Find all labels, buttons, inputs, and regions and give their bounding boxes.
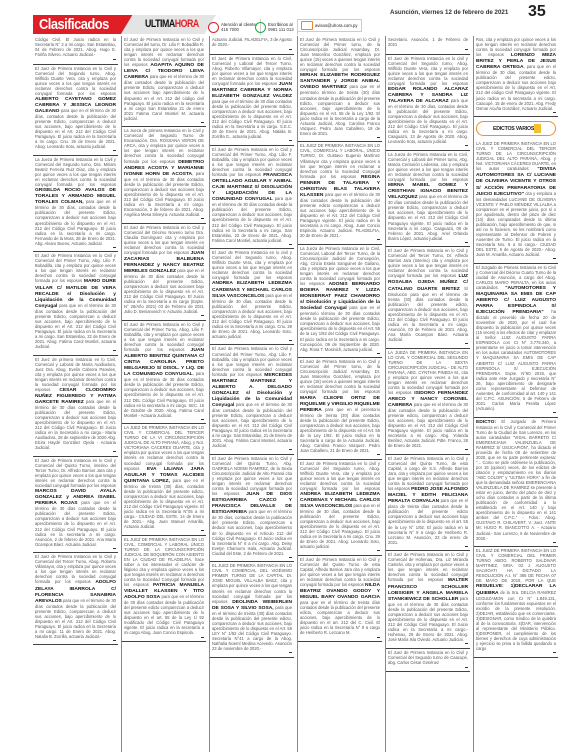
phone-icon	[208, 22, 219, 33]
notice-text: El Juez de Primera Instancia en lo civil…	[212, 250, 292, 280]
legal-notice: El Juez de Primera Instancia en lo Civil…	[210, 55, 294, 146]
legal-notice: LA JUEZ DE PRIMERA INSTANCIA EN LO CIVIL…	[474, 140, 558, 264]
legal-notice: La Jueza de Primera Instancia en lo Civi…	[33, 156, 118, 252]
notice-code-mark: ▬	[476, 257, 556, 261]
legal-notice: El Juez de Primera Instancia en lo Civil…	[298, 358, 382, 459]
notice-text: para que en el término de 30 días contad…	[124, 268, 204, 314]
notice-code-mark: ▬	[35, 58, 116, 62]
legal-notice: El Juez de Primera Instancia en lo Civil…	[386, 551, 470, 648]
notice-text: Código Civil. El Juicio radica en la Sec…	[35, 37, 116, 57]
legal-notice: El Juez de Primera Instancia en lo Civil…	[210, 345, 294, 454]
notice-text: EL JUEZ DE PRIMERA INSTANCIA EN LO CIVIL…	[300, 143, 380, 178]
contact-whatsapp: Escríbinos al 0981 111 013	[255, 19, 298, 35]
contact-value: 415 7000	[221, 27, 257, 32]
notice-text: La Jueza de Primera Instancia en lo Civi…	[35, 157, 116, 187]
notice-code-mark: ▬	[476, 111, 556, 115]
notice-code-mark: ▬	[124, 314, 204, 318]
notice-text: para que en el término de 30 días contad…	[35, 500, 116, 546]
page-number: 35	[528, 3, 546, 21]
notice-text: El Juez de Primera Instancia en lo Civil…	[388, 650, 468, 665]
notice-text: El Juez de Primera Instancia en lo civil…	[388, 56, 468, 86]
legal-notice: El Juzgado de Primera Instancia en lo Ci…	[474, 264, 558, 418]
notice-text: para que en el término de 30 días contad…	[35, 399, 116, 450]
notice-text: para que en el término de 30 días contad…	[124, 74, 204, 120]
notice-text: , para que en el término de 30 días cont…	[124, 371, 204, 417]
notice-text: para que en el término de 30 días contad…	[388, 402, 468, 448]
notice-code-mark: ▬	[388, 448, 468, 452]
notice-text: El Juez de primera Instancia en lo Civil…	[35, 357, 116, 392]
notice-code-mark: ▬	[388, 545, 468, 549]
notice-text: LA JUEZ DE PRIMERA INSTANCIA EN LO CIVIL…	[124, 425, 204, 470]
legal-notice: El Juez de Primera Instancia en lo Civil…	[210, 455, 294, 562]
legal-notice: El Juez de Primera Instancia en lo Civil…	[122, 224, 206, 321]
notice-text: El Juez de Primera Instancia en lo Civil…	[212, 456, 292, 496]
legal-notice: El Juez de Primera Instancia en lo Civil…	[122, 36, 206, 127]
notice-code-mark: ▬	[212, 448, 292, 452]
notice-code-mark: ▬	[124, 636, 204, 640]
legal-notice: El Juez de Primera Instancia en lo Civil…	[33, 252, 118, 355]
notice-text: , para que en el término de 30 días cont…	[124, 171, 204, 217]
notice-code-mark: ▬	[388, 342, 468, 346]
notice-text: La Jueza de primera Instancia en lo Civi…	[124, 128, 204, 163]
notice-code-mark: ▬	[124, 217, 204, 221]
notice-text: para que en el perentorio término de tre…	[300, 84, 380, 135]
notice-code-mark: ▬	[388, 642, 468, 646]
notice-code-mark: ▬	[300, 238, 380, 242]
logo-part-1: ULTIMA	[145, 18, 175, 30]
legal-notice: El Juez de Primera Instancia en lo Civil…	[122, 321, 206, 424]
notice-code-mark: ▬	[300, 352, 380, 356]
legal-notice: El Juez de Primera Instancia en lo Civil…	[33, 457, 118, 553]
contact-email: avisos@uhora.com.py	[297, 19, 362, 32]
notice-text: para que en el término de 30 días, conta…	[212, 509, 292, 555]
notice-text: para que en el plazo de treinta días con…	[388, 498, 468, 544]
notice-code-mark: ▬	[212, 243, 292, 247]
notice-code-mark: ▬	[388, 144, 468, 148]
column-2: El Juez de Primera Instancia en lo Civil…	[121, 36, 206, 752]
column-4: El Juez de Primera Instancia en lo Civil…	[297, 36, 382, 752]
notice-code-mark: ▬	[388, 666, 468, 670]
legal-notice: Secretario. Asunción, 1 de Febrero de 20…	[386, 36, 470, 55]
section-header-label: EDICTOS VARIOS	[493, 126, 534, 132]
decorative-bar-icon	[534, 124, 541, 133]
legal-notice: El Juez de Primera Instancia en lo Civil…	[386, 649, 470, 673]
notice-text: El Juzgado de Primera Instancia en lo Ci…	[476, 419, 556, 541]
notice-text: de la Sra. DELCIA RAMÍREZ LEGUIZAMON con…	[476, 590, 556, 652]
notice-code-mark: ▬	[476, 541, 556, 545]
notice-code-mark: ▬	[300, 636, 380, 640]
notice-text: El Juez de Primera Instancia en lo Civil…	[35, 458, 116, 488]
notice-code-mark: ▬	[35, 246, 116, 250]
column-6: Ros, cita y emplaza por quince veces a l…	[473, 36, 558, 752]
notice-code-mark: ▬	[476, 651, 556, 655]
column-1: Código Civil. El Juicio radica en la Sec…	[33, 36, 118, 752]
notice-text: cita y emplaza a los demandados LUCIANE …	[476, 191, 556, 258]
legal-notice: EL JUEZ DE PRIMERA INSTANCIA EN LO CIVIL…	[298, 142, 382, 244]
notice-text: LA JUEZA DE PRIMERA INSTANCIA EN LO CIVI…	[388, 350, 468, 395]
legal-notice: Actuario Judicial. FILADELFIA, 3 de Agos…	[210, 36, 294, 55]
notice-text: para que en el término de 30 días contad…	[212, 402, 292, 448]
legal-notice: El Juez de primera Instancia en lo Civil…	[33, 356, 118, 457]
notice-code-mark: ▬	[212, 339, 292, 343]
notice-code-mark: ▬	[212, 139, 292, 143]
legal-notice: El Juez de Primera Instancia en lo Civil…	[33, 553, 118, 645]
notice-code-mark: ▬	[212, 48, 292, 52]
notice-text: para que en el término de 30 días, conta…	[212, 293, 292, 339]
notice-text: ha dictado el proveído de fecha 20 de no…	[476, 309, 556, 411]
notice-text: para que en el término de 30 días, conta…	[300, 503, 380, 549]
notice-code-mark: ▬	[35, 149, 116, 153]
notice-text: EL JUEZ DE PRIMERA INSTANCIA EN LO CIVIL…	[124, 537, 204, 587]
notice-code-mark: ▬	[476, 411, 556, 415]
notice-text: para que en el término de 30 días, conta…	[35, 108, 116, 149]
legal-notice: El Juez de Primera Instancia en lo Civil…	[386, 455, 470, 551]
legal-notice: El Juez de Primera Instancia en lo Civil…	[210, 146, 294, 249]
contact-phone: Atención al cliente: 415 7000	[208, 19, 261, 35]
notice-text: La Jueza de Primera Instancia en lo Civi…	[300, 246, 380, 286]
legal-notice: LA JUEZ DE PRIMERA INSTANCIA EN LO CIVIL…	[122, 424, 206, 535]
legal-notice: La Jueza de primera Instancia en lo Civi…	[122, 127, 206, 223]
notice-code-mark: ▬	[35, 547, 116, 551]
legal-notice: Ros, cita y emplaza por quince veces a l…	[474, 36, 558, 117]
notice-code-mark: ▬	[124, 418, 204, 422]
column-5: Secretario. Asunción, 1 de Febrero de 20…	[385, 36, 470, 752]
notice-text: EL JUEZ DE PRIMERA INSTANCIA EN LO CIVIL…	[476, 548, 556, 583]
notice-text: El Juez de Primera Instancia en lo Civil…	[388, 248, 468, 278]
notice-text: El Juez de Primera Instancia en lo Civil…	[300, 359, 380, 394]
column-3: Actuario Judicial. FILADELFIA, 3 de Agos…	[209, 36, 294, 752]
notice-code-mark: ▬	[35, 639, 116, 643]
classifieds-columns: Código Civil. El Juicio radica en la Sec…	[33, 36, 559, 752]
notice-code-mark: ▬	[388, 48, 468, 52]
notice-text: para que en el término de 30 días contad…	[35, 303, 116, 349]
notice-text: Secretario. Asunción, 1 de Febrero de 20…	[388, 37, 468, 47]
notice-code-mark: ▬	[300, 549, 380, 553]
legal-notice: EL JUEZ DE PRIMERA INSTANCIA EN LO CIVIL…	[122, 536, 206, 642]
contact-value: 0981 111 013	[268, 27, 294, 32]
section-title: Clasificados	[39, 16, 109, 33]
legal-notice: La Jueza de Primera Instancia en lo Civi…	[386, 151, 470, 247]
contact-value: avisos@uhora.com.py	[315, 23, 358, 28]
notice-text: para que en el término de 30 días contad…	[300, 192, 380, 238]
legal-notice: El Juez de Primera Instancia en lo Civil…	[386, 247, 470, 348]
legal-notice: La Jueza de Primera Instancia en lo Civi…	[298, 245, 382, 358]
notice-code-mark: ▬	[212, 651, 292, 655]
notice-code-mark: ▬	[124, 529, 204, 533]
notice-code-mark: ▬	[388, 241, 468, 245]
mail-icon	[301, 21, 313, 30]
notice-code-mark: ▬	[212, 556, 292, 560]
newspaper-logo: ULTIMAHORA	[121, 15, 216, 34]
legal-notice: EL JUEZ DE PRIMERA INSTANCIA EN LO CIVIL…	[474, 547, 558, 657]
notice-text: para que en el término de 30 días contad…	[35, 598, 116, 639]
notice-text: La Jueza de Primera Instancia en lo Civi…	[388, 152, 468, 182]
notice-text: para que en el término de treinta (30) d…	[124, 478, 204, 529]
notice-code-mark: ▬	[35, 450, 116, 454]
legal-notice: El Juez de Primera Instancia en lo Civil…	[298, 36, 382, 142]
notice-text: para que en el término de 30 días contad…	[124, 594, 204, 635]
notice-text: para que en el término de 30 días, conta…	[388, 98, 468, 144]
notice-text: El Juez de Primera Instancia en lo Civil…	[388, 456, 468, 491]
notice-text: para que en el término de 30 días contad…	[388, 596, 468, 642]
notice-text: El Juez de Primera Instancia en lo civil…	[300, 461, 380, 491]
publication-date: Asunción, viernes 12 de febrero de 2021	[390, 9, 508, 16]
legal-notice: El Juez de Primera Instancia en lo civil…	[386, 55, 470, 151]
legal-notice: El Juez de Primera Instancia en lo civil…	[210, 249, 294, 345]
section-header-edictos-varios: EDICTOS VARIOS	[476, 121, 556, 136]
notice-code-mark: ▬	[300, 136, 380, 140]
notice-text: para que en el término de 30 días, conta…	[35, 199, 116, 245]
notice-text: para que en el perentorio término de 30 …	[300, 305, 380, 351]
notice-text: Actuario Judicial. FILADELFIA, 3 de Agos…	[212, 37, 292, 47]
notice-text: para que en el término de treinta días c…	[300, 600, 380, 635]
notice-text: EL JUEZ DE PRIMERA INSTANCIA EN LO CIVIL…	[212, 563, 292, 603]
legal-notice: Código Civil. El Juicio radica en la Sec…	[33, 36, 118, 65]
legal-notice: EL JUEZ DE PRIMERA INSTANCIA EN LO CIVIL…	[210, 562, 294, 657]
whatsapp-icon	[255, 22, 266, 33]
notice-text: para que en el término de 30 días contad…	[212, 196, 292, 242]
legal-notice: El Juez de Primera Instancia en lo civil…	[298, 460, 382, 556]
notice-text: El Juez de Primera Instancia en lo Civil…	[300, 37, 380, 72]
notice-text: para que en el término de 30 días contad…	[212, 99, 292, 139]
notice-code-mark: ▬	[300, 453, 380, 457]
logo-part-2: HORA	[175, 18, 199, 30]
notice-code-mark: ▬	[124, 121, 204, 125]
legal-notice: El Juez de Primera Instancia en lo Civil…	[298, 556, 382, 642]
notice-code-mark: ▬	[35, 349, 116, 353]
notice-text: El Juez de Primera Instancia en lo Civil…	[35, 66, 116, 96]
notice-text: para que en el término de treinta (30) d…	[212, 605, 292, 651]
notice-text: S/ Disolución para que en el término de …	[388, 286, 468, 342]
notice-text: para que en el término de 30 días contad…	[388, 194, 468, 240]
legal-notice: EDICTO: El Juzgado de Primera Instancia …	[474, 418, 558, 548]
notice-text: para que en el perentorio término de tre…	[300, 407, 380, 453]
notice-text: , para que en el término de 30 días, con…	[476, 64, 556, 110]
legal-notice: El Juez de Primera Instancia en lo Civil…	[33, 65, 118, 156]
section-banner: Clasificados	[33, 15, 133, 34]
legal-notice: LA JUEZA DE PRIMERA INSTANCIA EN LO CIVI…	[386, 349, 470, 455]
